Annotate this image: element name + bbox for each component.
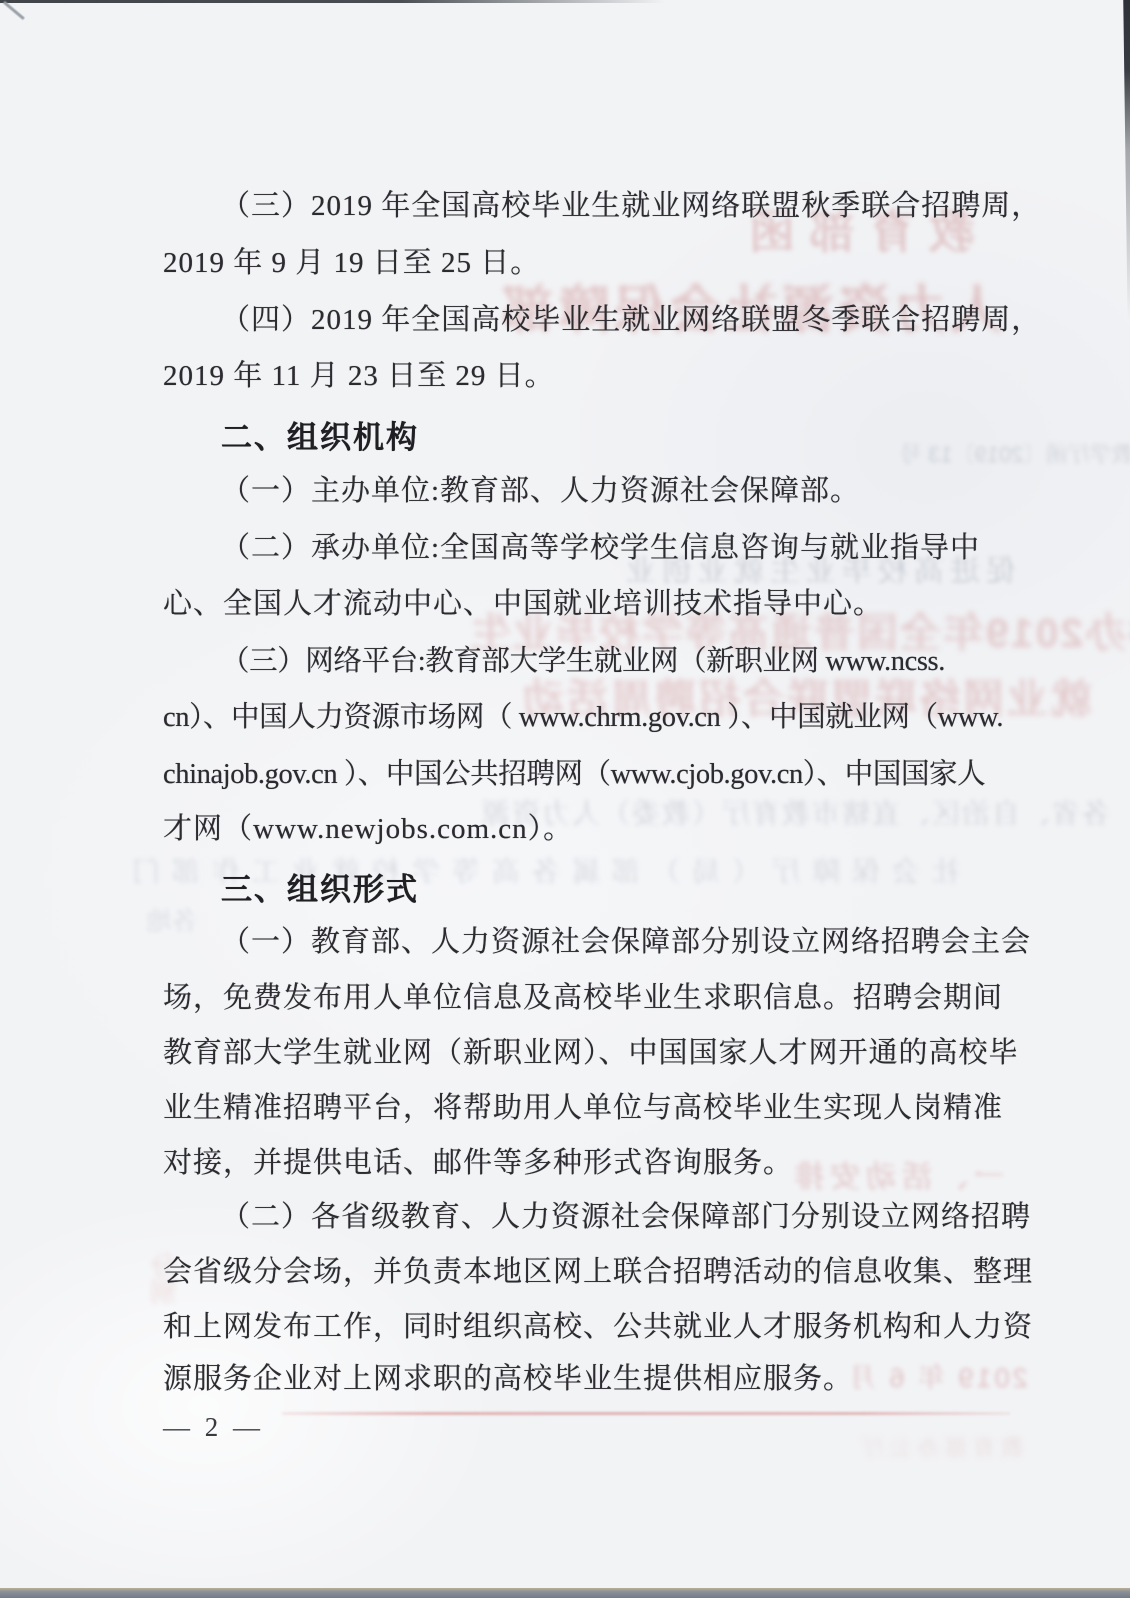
document-line: （一）教育部、人力资源社会保障部分别设立网络招聘会主会 xyxy=(221,919,1031,960)
section-heading: 三、组织形式 xyxy=(221,864,419,909)
document-line: （三）2019 年全国高校毕业生就业网络联盟秋季联合招聘周， xyxy=(221,183,1041,224)
scanned-document-page: 教育部函 人力资源社会保障部 教学厅函〔2019〕13 号 促进高校毕业生就业创… xyxy=(0,0,1130,1598)
document-line: 2019 年 9 月 19 日至 25 日。 xyxy=(163,240,540,281)
document-line: 对接，并提供电话、邮件等多种形式咨询服务。 xyxy=(163,1140,793,1181)
document-body: （三）2019 年全国高校毕业生就业网络联盟秋季联合招聘周， 2019 年 9 … xyxy=(0,0,1130,1598)
document-line: chinajob.gov.cn ）、中国公共招聘网（www.cjob.gov.c… xyxy=(163,751,985,792)
page-number: — 2 — xyxy=(163,1412,264,1443)
section-heading: 二、组织机构 xyxy=(221,412,419,457)
document-line: （二）承办单位:全国高等学校学生信息咨询与就业指导中 xyxy=(221,525,980,566)
document-line: （一）主办单位:教育部、人力资源社会保障部。 xyxy=(221,468,860,509)
document-line: 心、全国人才流动中心、中国就业培训技术指导中心。 xyxy=(163,581,883,622)
document-line: 源服务企业对上网求职的高校毕业生提供相应服务。 xyxy=(163,1356,853,1397)
document-line: 教育部大学生就业网（新职业网）、中国国家人才网开通的高校毕 xyxy=(163,1030,1019,1071)
document-line: 场，免费发布用人单位信息及高校毕业生求职信息。招聘会期间 xyxy=(163,975,1003,1016)
document-line: 才网（www.newjobs.com.cn）。 xyxy=(163,806,573,847)
document-line: （四）2019 年全国高校毕业生就业网络联盟冬季联合招聘周， xyxy=(221,297,1041,338)
document-line: 2019 年 11 月 23 日至 29 日。 xyxy=(163,353,555,394)
document-line: （二）各省级教育、人力资源社会保障部门分别设立网络招聘 xyxy=(221,1194,1031,1235)
document-line: cn）、中国人力资源市场网（ www.chrm.gov.cn ）、中国就业网（w… xyxy=(163,694,1003,735)
document-line: 会省级分会场，并负责本地区网上联合招聘活动的信息收集、整理 xyxy=(163,1249,1033,1290)
document-line: 业生精准招聘平台，将帮助用人单位与高校毕业生实现人岗精准 xyxy=(163,1085,1003,1126)
document-line: （三）网络平台:教育部大学生就业网（新职业网 www.ncss. xyxy=(221,638,945,679)
document-line: 和上网发布工作，同时组织高校、公共就业人才服务机构和人力资 xyxy=(163,1304,1033,1345)
